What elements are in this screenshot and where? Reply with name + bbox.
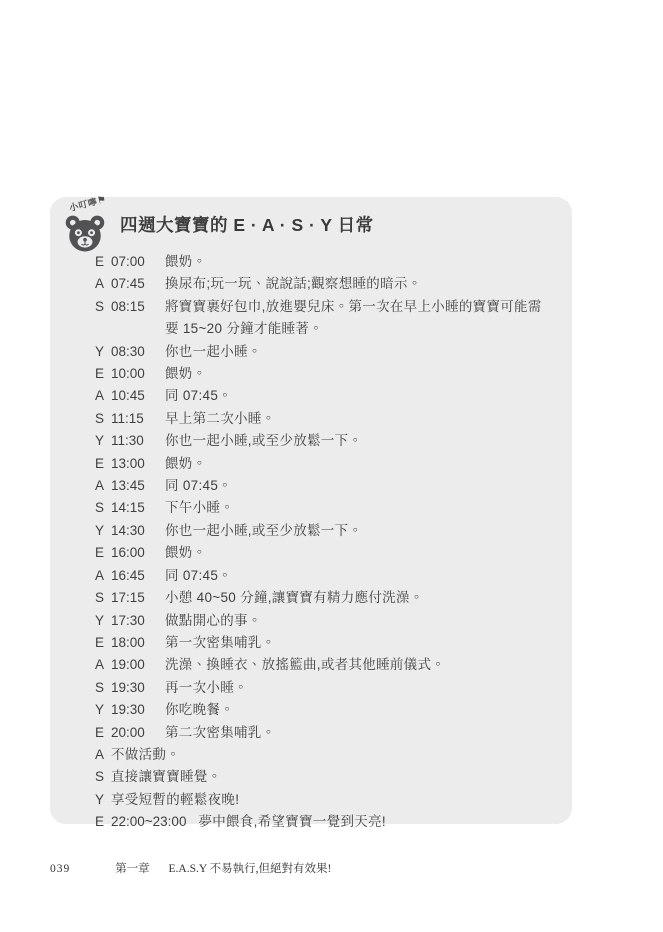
schedule-activity-text: 你也一起小睡,或至少放鬆一下。 bbox=[165, 520, 554, 542]
page-footer: 039 第一章 E.A.S.Y 不易執行,但絕對有效果! bbox=[50, 860, 331, 876]
schedule-time: 10:00 bbox=[111, 363, 165, 385]
easy-letter: E bbox=[95, 453, 111, 475]
tip-box: 小叮嚀⚑ 四週大寶寶的 E · A · S · Y 日常 E 07:00 餵 bbox=[50, 197, 572, 824]
schedule-activity-text: 換尿布;玩一玩、說說話;觀察想睡的暗示。 bbox=[165, 273, 554, 295]
schedule-activity-text: 同 07:45。 bbox=[165, 565, 554, 587]
schedule-activity-text: 餵奶。 bbox=[165, 363, 554, 385]
schedule-time: 19:00 bbox=[111, 654, 165, 676]
schedule-row: E 16:00 餵奶。 bbox=[95, 542, 554, 564]
schedule-activity-text: 同 07:45。 bbox=[165, 385, 554, 407]
schedule-time: 19:30 bbox=[111, 699, 165, 721]
schedule-row: A 10:45 同 07:45。 bbox=[95, 385, 554, 407]
easy-letter: S bbox=[95, 677, 111, 699]
schedule-activity-text: 你也一起小睡。 bbox=[165, 341, 554, 363]
schedule-time: 20:00 bbox=[111, 722, 165, 744]
tip-tag-label: 小叮嚀⚑ bbox=[68, 192, 108, 214]
schedule-activity-text: 餵奶。 bbox=[165, 251, 554, 273]
schedule-time: 07:45 bbox=[111, 273, 165, 295]
schedule-time: 17:30 bbox=[111, 610, 165, 632]
tip-header: 小叮嚀⚑ 四週大寶寶的 E · A · S · Y 日常 bbox=[50, 197, 572, 249]
schedule-activity-text: 做點開心的事。 bbox=[165, 610, 554, 632]
schedule-time: 14:15 bbox=[111, 497, 165, 519]
schedule-time: 11:15 bbox=[111, 408, 165, 430]
schedule-activity-text: 不做活動。 bbox=[111, 744, 554, 766]
easy-letter: S bbox=[95, 587, 111, 609]
schedule-activity-text: 餵奶。 bbox=[165, 453, 554, 475]
page-number: 039 bbox=[50, 863, 70, 875]
schedule-row: S 08:15 將寶寶裹好包巾,放進嬰兒床。第一次在早上小睡的寶寶可能需要 15… bbox=[95, 296, 554, 341]
easy-letter: S bbox=[95, 497, 111, 519]
easy-letter: E bbox=[95, 811, 111, 833]
schedule-activity-text: 小憩 40~50 分鐘,讓寶寶有精力應付洗澡。 bbox=[165, 587, 554, 609]
schedule-row: Y 享受短暫的輕鬆夜晚! bbox=[95, 789, 554, 811]
schedule-time: 14:30 bbox=[111, 520, 165, 542]
easy-letter: Y bbox=[95, 789, 111, 811]
easy-letter: A bbox=[95, 654, 111, 676]
easy-letter: E bbox=[95, 542, 111, 564]
schedule-activity-text: 再一次小睡。 bbox=[165, 677, 554, 699]
easy-letter: Y bbox=[95, 610, 111, 632]
schedule-activity-text: 洗澡、換睡衣、放搖籃曲,或者其他睡前儀式。 bbox=[165, 654, 554, 676]
schedule-list: E 07:00 餵奶。 A 07:45 換尿布;玩一玩、說說話;觀察想睡的暗示。… bbox=[50, 249, 572, 834]
schedule-row: Y 17:30 做點開心的事。 bbox=[95, 610, 554, 632]
tip-tag-text: 小叮嚀 bbox=[68, 196, 98, 213]
schedule-activity-text: 第二次密集哺乳。 bbox=[165, 722, 554, 744]
schedule-time: 10:45 bbox=[111, 385, 165, 407]
schedule-row: E 20:00 第二次密集哺乳。 bbox=[95, 722, 554, 744]
easy-letter: Y bbox=[95, 341, 111, 363]
schedule-row: S 14:15 下午小睡。 bbox=[95, 497, 554, 519]
easy-letter: S bbox=[95, 766, 111, 788]
schedule-activity-text: 早上第二次小睡。 bbox=[165, 408, 554, 430]
schedule-time: 13:45 bbox=[111, 475, 165, 497]
schedule-row: Y 19:30 你吃晚餐。 bbox=[95, 699, 554, 721]
schedule-row: E 18:00 第一次密集哺乳。 bbox=[95, 632, 554, 654]
schedule-time: 16:00 bbox=[111, 542, 165, 564]
schedule-activity-text: 你也一起小睡,或至少放鬆一下。 bbox=[165, 430, 554, 452]
book-page: { "tip": { "tag_label": "小叮嚀", "flag_ico… bbox=[0, 0, 663, 932]
schedule-row: A 19:00 洗澡、換睡衣、放搖籃曲,或者其他睡前儀式。 bbox=[95, 654, 554, 676]
schedule-row: Y 08:30 你也一起小睡。 bbox=[95, 341, 554, 363]
easy-letter: Y bbox=[95, 699, 111, 721]
schedule-activity-text: 下午小睡。 bbox=[165, 497, 554, 519]
tip-title: 四週大寶寶的 E · A · S · Y 日常 bbox=[120, 212, 374, 237]
bear-face-icon bbox=[62, 213, 108, 255]
schedule-time: 08:30 bbox=[111, 341, 165, 363]
schedule-row: Y 14:30 你也一起小睡,或至少放鬆一下。 bbox=[95, 520, 554, 542]
schedule-activity-text: 同 07:45。 bbox=[165, 475, 554, 497]
easy-letter: E bbox=[95, 722, 111, 744]
schedule-time: 19:30 bbox=[111, 677, 165, 699]
easy-letter: A bbox=[95, 565, 111, 587]
easy-letter: A bbox=[95, 273, 111, 295]
chapter-label: 第一章 bbox=[115, 863, 150, 875]
schedule-activity-text: 將寶寶裹好包巾,放進嬰兒床。第一次在早上小睡的寶寶可能需要 15~20 分鐘才能… bbox=[165, 296, 554, 341]
easy-letter: A bbox=[95, 385, 111, 407]
easy-letter: Y bbox=[95, 520, 111, 542]
schedule-activity-text: 你吃晚餐。 bbox=[165, 699, 554, 721]
schedule-time: 13:00 bbox=[111, 453, 165, 475]
schedule-time: 16:45 bbox=[111, 565, 165, 587]
schedule-row: Y 11:30 你也一起小睡,或至少放鬆一下。 bbox=[95, 430, 554, 452]
schedule-time: 18:00 bbox=[111, 632, 165, 654]
easy-letter: S bbox=[95, 296, 111, 318]
schedule-row: S 19:30 再一次小睡。 bbox=[95, 677, 554, 699]
easy-letter: S bbox=[95, 408, 111, 430]
easy-letter: Y bbox=[95, 430, 111, 452]
schedule-time: 07:00 bbox=[111, 251, 165, 273]
schedule-row: A 13:45 同 07:45。 bbox=[95, 475, 554, 497]
schedule-row: A 不做活動。 bbox=[95, 744, 554, 766]
schedule-row: E 10:00 餵奶。 bbox=[95, 363, 554, 385]
schedule-activity-text: 享受短暫的輕鬆夜晚! bbox=[111, 789, 554, 811]
easy-letter: A bbox=[95, 475, 111, 497]
schedule-activity-text: 第一次密集哺乳。 bbox=[165, 632, 554, 654]
easy-letter: E bbox=[95, 632, 111, 654]
schedule-row: E 07:00 餵奶。 bbox=[95, 251, 554, 273]
easy-letter: A bbox=[95, 744, 111, 766]
schedule-time: 11:30 bbox=[111, 430, 165, 452]
schedule-time: 08:15 bbox=[111, 296, 165, 318]
schedule-activity-text: 直接讓寶寶睡覺。 bbox=[111, 766, 554, 788]
schedule-row: A 07:45 換尿布;玩一玩、說說話;觀察想睡的暗示。 bbox=[95, 273, 554, 295]
easy-letter: E bbox=[95, 363, 111, 385]
chapter-title: E.A.S.Y 不易執行,但絕對有效果! bbox=[169, 863, 332, 875]
schedule-row: A 16:45 同 07:45。 bbox=[95, 565, 554, 587]
schedule-activity-text: 夢中餵食,希望寶寶一覺到天亮! bbox=[198, 811, 554, 833]
schedule-row: E 22:00~23:00 夢中餵食,希望寶寶一覺到天亮! bbox=[95, 811, 554, 833]
schedule-row: S 11:15 早上第二次小睡。 bbox=[95, 408, 554, 430]
schedule-time: 17:15 bbox=[111, 587, 165, 609]
schedule-time: 22:00~23:00 bbox=[111, 811, 198, 833]
flag-icon: ⚑ bbox=[96, 194, 108, 207]
schedule-row: S 17:15 小憩 40~50 分鐘,讓寶寶有精力應付洗澡。 bbox=[95, 587, 554, 609]
schedule-row: S 直接讓寶寶睡覺。 bbox=[95, 766, 554, 788]
schedule-activity-text: 餵奶。 bbox=[165, 542, 554, 564]
bear-mascot-icon: 小叮嚀⚑ bbox=[62, 204, 112, 252]
schedule-row: E 13:00 餵奶。 bbox=[95, 453, 554, 475]
